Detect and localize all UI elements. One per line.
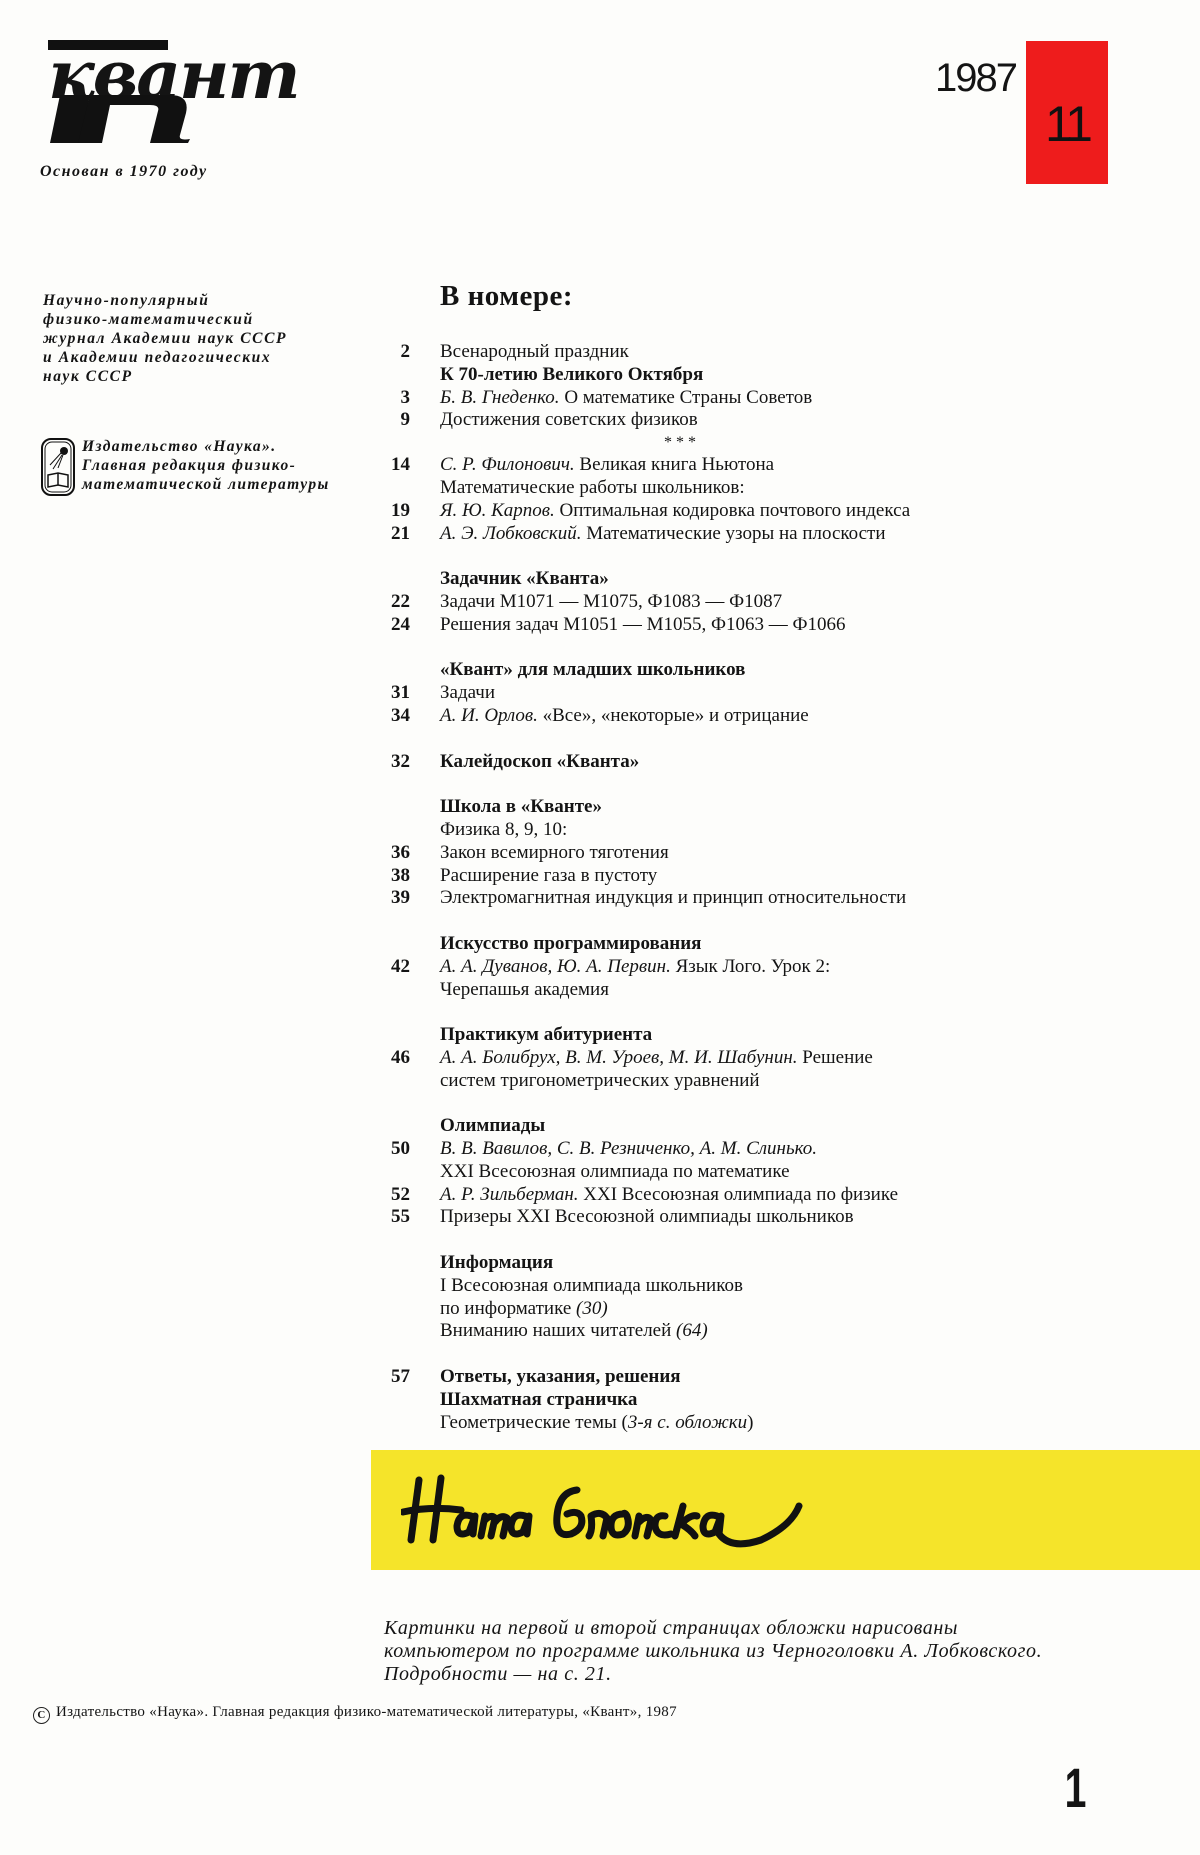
toc-title-text: Геометрические темы ( (440, 1412, 628, 1433)
toc-page-number: 50 (370, 1138, 410, 1161)
toc-entry: Физика 8, 9, 10: (370, 819, 1070, 842)
toc-section-heading: Информация (370, 1252, 1070, 1275)
toc-page-number: 32 (370, 751, 410, 774)
toc-page-number: 57 (370, 1366, 410, 1389)
toc-page-ref: (64) (676, 1320, 708, 1341)
toc-author: А. А. Болибрух, В. М. Уроев, М. И. Шабун… (440, 1047, 798, 1068)
toc-page-number: 31 (370, 682, 410, 705)
toc-spacer (370, 545, 1070, 568)
toc-title-text: Решения задач М1051 — М1055, Ф1063 — Ф10… (440, 614, 846, 635)
toc-title-text: Черепашья академия (440, 979, 609, 1000)
separator-stars: * * * (664, 434, 696, 451)
toc-title-text: Призеры XXI Всесоюзной олимпиады школьни… (440, 1206, 854, 1227)
toc-title: В номере: (440, 280, 573, 313)
toc-separator: * * * (370, 432, 990, 454)
toc-page-number: 38 (370, 865, 410, 888)
founded-caption: Основан в 1970 году (40, 163, 208, 181)
copyright-icon: C (33, 1707, 50, 1724)
toc-title-text: Задачи М1071 — М1075, Ф1083 — Ф1087 (440, 591, 782, 612)
page-number: 1 (1065, 1755, 1087, 1820)
toc-entry: 2Всенародный праздник (370, 341, 1070, 364)
toc-entry: 3Б. В. Гнеденко. О математике Страны Сов… (370, 387, 1070, 410)
toc-author: А. Р. Зильберман. (440, 1184, 579, 1205)
toc-section-heading: «Квант» для младших школьников (370, 659, 1070, 682)
toc-page-number: 14 (370, 454, 410, 477)
toc-section-heading: Шахматная страничка (370, 1389, 1070, 1412)
toc-title-text: Великая книга Ньютона (575, 454, 774, 475)
description-line: наук СССР (43, 367, 287, 386)
toc-title-text: Математические работы школьников: (440, 477, 745, 498)
toc-section-heading: Искусство программирования (370, 933, 1070, 956)
toc-section-heading: 32Калейдоскоп «Кванта» (370, 751, 1070, 774)
toc-section-heading: Практикум абитуриента (370, 1024, 1070, 1047)
toc-author: А. А. Дуванов, Ю. А. Первин. (440, 956, 671, 977)
toc-spacer (370, 1001, 1070, 1024)
toc-title-text: Электромагнитная индукция и принцип отно… (440, 887, 906, 908)
description-line: и Академии педагогических (43, 348, 287, 367)
toc-page-number: 22 (370, 591, 410, 614)
toc-page-ref: (30) (576, 1298, 608, 1319)
toc-page-number: 34 (370, 705, 410, 728)
description-line: Научно-популярный (43, 291, 287, 310)
toc-title-text: Задачи (440, 682, 495, 703)
toc-entry: 34А. И. Орлов. «Все», «некоторые» и отри… (370, 705, 1070, 728)
publisher-line: Главная редакция физико- (82, 456, 330, 475)
toc-entry: 38Расширение газа в пустоту (370, 865, 1070, 888)
toc-entry: Вниманию наших читателей (64) (370, 1320, 1070, 1343)
toc-author: С. Р. Филонович. (440, 454, 575, 475)
toc-tail: ) (747, 1412, 753, 1433)
toc-author: Б. В. Гнеденко. (440, 387, 560, 408)
toc-title-text: «Все», «некоторые» и отрицание (538, 705, 809, 726)
toc-spacer (370, 773, 1070, 796)
toc-entry: Геометрические темы (3-я с. обложки) (370, 1412, 1070, 1435)
toc-title-text: Решение (798, 1047, 873, 1068)
toc-title-text: XXI Всесоюзная олимпиада по математике (440, 1161, 790, 1182)
publisher-line: Издательство «Наука». (82, 437, 330, 456)
toc-title-text: Физика 8, 9, 10: (440, 819, 567, 840)
toc-title-text: Вниманию наших читателей (440, 1320, 676, 1341)
issue-number-badge: 11 (1026, 41, 1108, 184)
toc-entry: I Всесоюзная олимпиада школьников (370, 1275, 1070, 1298)
toc-spacer (370, 728, 1070, 751)
toc-entry: 39Электромагнитная индукция и принцип от… (370, 887, 1070, 910)
toc-title-text: Оптимальная кодировка почтового индекса (555, 500, 910, 521)
toc-section-heading: Задачник «Кванта» (370, 568, 1070, 591)
toc-heading-text: Калейдоскоп «Кванта» (440, 751, 639, 772)
publisher-sputnik-book-icon (40, 437, 76, 497)
toc-title-text: Всенародный праздник (440, 341, 629, 362)
toc-entry: 24Решения задач М1051 — М1055, Ф1063 — Ф… (370, 614, 1070, 637)
toc-page-number: 39 (370, 887, 410, 910)
toc-title-text: Язык Лого. Урок 2: (671, 956, 830, 977)
toc-heading-text: Задачник «Кванта» (440, 568, 609, 589)
toc-entry: 9Достижения советских физиков (370, 409, 1070, 432)
toc-title-text: I Всесоюзная олимпиада школьников (440, 1275, 743, 1296)
toc-heading-text: Школа в «Кванте» (440, 796, 602, 817)
copyright-text: Издательство «Наука». Главная редакция ф… (56, 1704, 677, 1720)
toc-page-number: 2 (370, 341, 410, 364)
toc-entry: по информатике (30) (370, 1298, 1070, 1321)
magazine-logo: квант (40, 40, 305, 145)
toc-entry: Черепашья академия (370, 979, 1070, 1002)
toc-heading-text: Олимпиады (440, 1115, 545, 1136)
toc-page-number: 46 (370, 1047, 410, 1070)
toc-entry: 22Задачи М1071 — М1075, Ф1083 — Ф1087 (370, 591, 1070, 614)
toc-section-heading: 57Ответы, указания, решения (370, 1366, 1070, 1389)
issue-number: 11 (1026, 95, 1108, 153)
toc-entry: Математические работы школьников: (370, 477, 1070, 500)
toc-spacer (370, 1343, 1070, 1366)
toc-author: А. И. Орлов. (440, 705, 538, 726)
toc-heading-text: Ответы, указания, решения (440, 1366, 681, 1387)
toc-title-text: систем тригонометрических уравнений (440, 1070, 760, 1091)
publisher-text: Издательство «Наука». Главная редакция ф… (82, 437, 330, 494)
toc-heading-text: Информация (440, 1252, 553, 1273)
logo-n-glyph-icon (50, 95, 205, 143)
toc-page-number: 52 (370, 1184, 410, 1207)
toc-title-text: по информатике (440, 1298, 576, 1319)
toc-title-text: Достижения советских физиков (440, 409, 698, 430)
toc-entry: 42А. А. Дуванов, Ю. А. Первин. Язык Лого… (370, 956, 1070, 979)
toc-title-text: XXI Всесоюзная олимпиада по физике (579, 1184, 899, 1205)
toc-heading-text: Искусство программирования (440, 933, 701, 954)
toc-entry: 14С. Р. Филонович. Великая книга Ньютона (370, 454, 1070, 477)
toc-entry: XXI Всесоюзная олимпиада по математике (370, 1161, 1070, 1184)
toc-entry: 21А. Э. Лобковский. Математические узоры… (370, 523, 1070, 546)
toc-spacer (370, 910, 1070, 933)
toc-section-heading: К 70-летию Великого Октября (370, 364, 1070, 387)
toc-entry: 52А. Р. Зильберман. XXI Всесоюзная олимп… (370, 1184, 1070, 1207)
toc-section-heading: Олимпиады (370, 1115, 1070, 1138)
toc-entry: 50В. В. Вавилов, С. В. Резниченко, А. М.… (370, 1138, 1070, 1161)
toc-entry: 36Закон всемирного тяготения (370, 842, 1070, 865)
toc-author: В. В. Вавилов, С. В. Резниченко, А. М. С… (440, 1138, 817, 1159)
issue-year: 1987 (935, 56, 1016, 101)
toc-entry: 55Призеры XXI Всесоюзной олимпиады школь… (370, 1206, 1070, 1229)
toc-heading-text: «Квант» для младших школьников (440, 659, 745, 680)
toc-spacer (370, 1093, 1070, 1116)
toc-page-ref: 3-я с. обложки (628, 1412, 747, 1433)
toc-heading-text: Практикум абитуриента (440, 1024, 652, 1045)
table-of-contents: 2Всенародный праздникК 70-летию Великого… (370, 341, 1070, 1434)
toc-spacer (370, 1229, 1070, 1252)
toc-entry: систем тригонометрических уравнений (370, 1070, 1070, 1093)
toc-page-number: 9 (370, 409, 410, 432)
description-line: физико-математический (43, 310, 287, 329)
toc-page-number: 55 (370, 1206, 410, 1229)
toc-heading-text: К 70-летию Великого Октября (440, 364, 703, 385)
toc-page-number: 36 (370, 842, 410, 865)
copyright-line: CИздательство «Наука». Главная редакция … (33, 1704, 677, 1724)
toc-page-number: 19 (370, 500, 410, 523)
toc-page-number: 3 (370, 387, 410, 410)
handwritten-cover-title: Наша обложка (401, 1470, 821, 1560)
cover-description: Картинки на первой и второй страницах об… (384, 1617, 1064, 1686)
description-line: журнал Академии наук СССР (43, 329, 287, 348)
publisher-line: математической литературы (82, 475, 330, 494)
toc-page-number: 42 (370, 956, 410, 979)
toc-author: Я. Ю. Карпов. (440, 500, 555, 521)
toc-heading-text: Шахматная страничка (440, 1389, 637, 1410)
journal-description: Научно-популярный физико-математический … (43, 291, 287, 386)
our-cover-banner: Наша обложка (371, 1450, 1200, 1570)
toc-spacer (370, 637, 1070, 660)
toc-page-number: 21 (370, 523, 410, 546)
toc-title-text: Закон всемирного тяготения (440, 842, 669, 863)
toc-title-text: О математике Страны Советов (560, 387, 813, 408)
toc-section-heading: Школа в «Кванте» (370, 796, 1070, 819)
toc-entry: 31Задачи (370, 682, 1070, 705)
toc-title-text: Математические узоры на плоскости (581, 523, 885, 544)
toc-entry: 46А. А. Болибрух, В. М. Уроев, М. И. Шаб… (370, 1047, 1070, 1070)
toc-author: А. Э. Лобковский. (440, 523, 581, 544)
toc-page-number: 24 (370, 614, 410, 637)
toc-entry: 19Я. Ю. Карпов. Оптимальная кодировка по… (370, 500, 1070, 523)
toc-title-text: Расширение газа в пустоту (440, 865, 657, 886)
